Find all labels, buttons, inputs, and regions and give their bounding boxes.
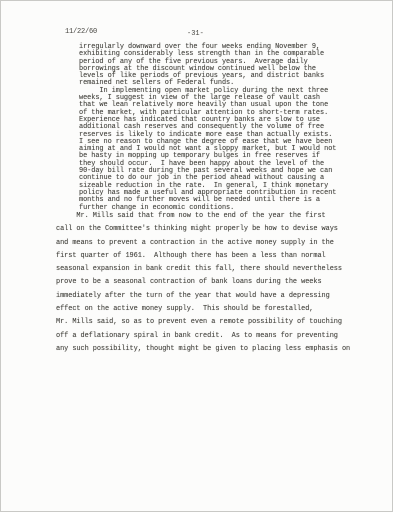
text-line: prove to be a seasonal contraction of ba… bbox=[56, 276, 366, 289]
document-page: 11/22/60 -31- irregularly downward over … bbox=[0, 0, 393, 512]
text-line: effect on the active money supply. This … bbox=[56, 303, 366, 316]
document-date: 11/22/60 bbox=[65, 28, 97, 36]
text-line: Mr. Mills said, so as to prevent even a … bbox=[56, 316, 366, 329]
text-line: Mr. Mills said that from now to the end … bbox=[56, 210, 366, 223]
text-line: and means to prevent a contraction in th… bbox=[56, 237, 366, 250]
quoted-statement-block: irregularly downward over the four weeks… bbox=[79, 44, 349, 212]
body-paragraph: Mr. Mills said that from now to the end … bbox=[56, 210, 366, 356]
text-line: off a deflationary spiral in bank credit… bbox=[56, 330, 366, 343]
page-number: -31- bbox=[187, 30, 204, 38]
text-line: immediately after the turn of the year t… bbox=[56, 290, 366, 303]
text-line: first quarter of 1961. Although there ha… bbox=[56, 250, 366, 263]
text-line: any such possibility, thought might be g… bbox=[56, 343, 366, 356]
text-line: call on the Committee's thinking might p… bbox=[56, 223, 366, 236]
text-line: seasonal expansion in bank credit this f… bbox=[56, 263, 366, 276]
